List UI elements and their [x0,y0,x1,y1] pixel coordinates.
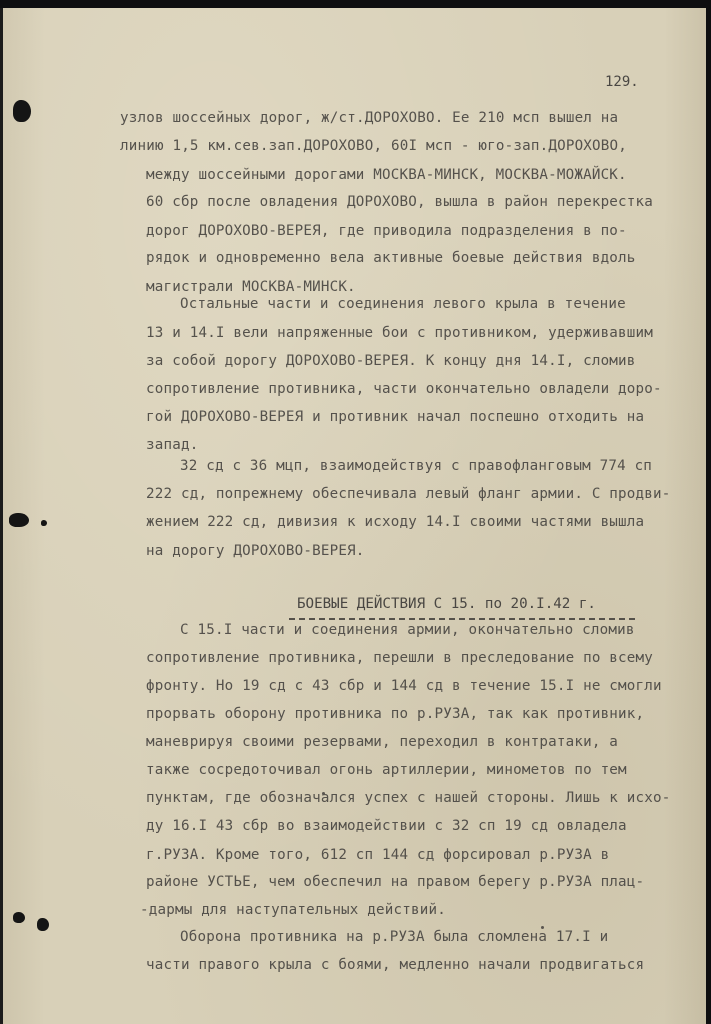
heading-underline [289,618,635,620]
text-line: сопротивление противника, части окончате… [146,381,662,397]
text-line: жением 222 сд, дивизия к исходу 14.I сво… [146,514,644,530]
punch-hole [37,918,49,931]
page-number: 129. [605,74,639,90]
text-line: между шоссейными дорогами МОСКВА-МИНСК, … [146,167,627,183]
section-heading: БОЕВЫЕ ДЕЙСТВИЯ С 15. по 20.I.42 г. [297,596,596,612]
punch-hole [13,912,25,923]
text-line: 222 сд, попрежнему обеспечивала левый фл… [146,486,671,502]
text-line: сопротивление противника, перешли в прес… [146,650,653,666]
ink-speck [322,792,325,795]
document-page: 129. узлов шоссейных дорог, ж/ст.ДОРОХОВ… [0,8,706,1024]
text-line: 60 сбр после овладения ДОРОХОВО, вышла в… [146,194,653,210]
text-line: С 15.I части и соединения армии, окончат… [180,622,635,638]
text-line: 32 сд с 36 мцп, взаимодействуя с правофл… [180,458,652,474]
text-line: рядок и одновременно вела активные боевы… [146,250,636,266]
text-line: также сосредоточивал огонь артиллерии, м… [146,762,627,778]
punch-hole [13,100,31,122]
text-line: фронту. Но 19 сд с 43 сбр и 144 сд в теч… [146,678,662,694]
text-line: дорог ДОРОХОВО-ВЕРЕЯ, где приводила подр… [146,223,627,239]
text-line: прорвать оборону противника по р.РУЗА, т… [146,706,644,722]
ink-speck [541,926,544,929]
text-line: пунктам, где обозначался успех с нашей с… [146,790,671,806]
text-line: части правого крыла с боями, медленно на… [146,957,644,973]
text-line: Остальные части и соединения левого крыл… [180,296,626,312]
punch-hole [41,520,47,526]
text-line: Оборона противника на р.РУЗА была сломле… [180,929,608,945]
text-line: 13 и 14.I вели напряженные бои с противн… [146,325,653,341]
text-line: гой ДОРОХОВО-ВЕРЕЯ и противник начал пос… [146,409,644,425]
text-line: линию 1,5 км.сев.зап.ДОРОХОВО, 60I мсп -… [120,138,627,154]
text-line: магистрали МОСКВА-МИНСК. [146,279,356,295]
text-line: маневрируя своими резервами, переходил в… [146,734,618,750]
text-line: г.РУЗА. Кроме того, 612 сп 144 сд форсир… [146,847,609,863]
text-line: за собой дорогу ДОРОХОВО-ВЕРЕЯ. К концу … [146,353,636,369]
text-line: на дорогу ДОРОХОВО-ВЕРЕЯ. [146,543,365,559]
text-line: запад. [146,437,198,453]
punch-hole [9,513,29,527]
text-line: районе УСТЬЕ, чем обеспечил на правом бе… [146,874,644,890]
text-line: узлов шоссейных дорог, ж/ст.ДОРОХОВО. Ее… [120,110,618,126]
text-line: ду 16.I 43 сбр во взаимодействии с 32 сп… [146,818,627,834]
text-line: -дармы для наступательных действий. [140,902,446,918]
